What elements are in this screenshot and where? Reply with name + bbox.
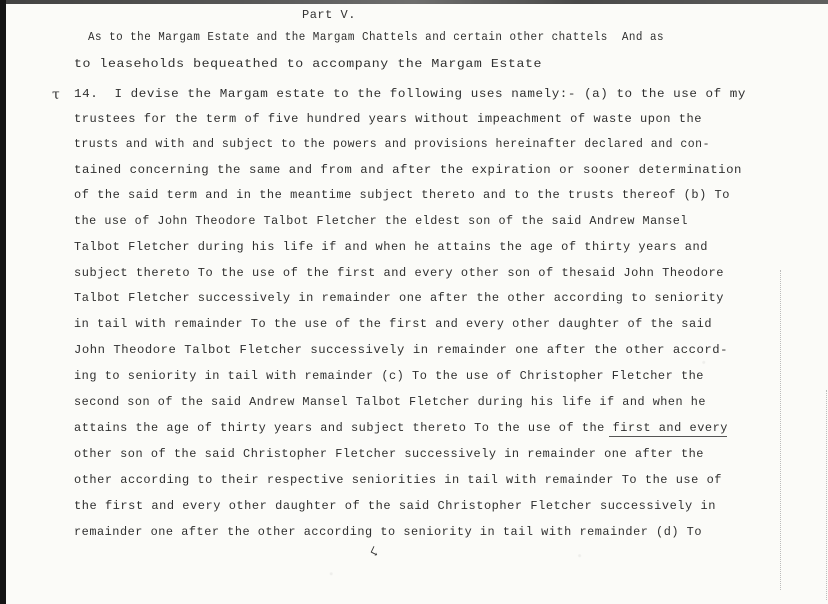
scanned-document-page: Part V. τ As to the Margam Estate and th… (0, 0, 828, 604)
document-line: trusts and with and subject to the power… (74, 137, 710, 151)
document-line: other according to their respective seni… (74, 473, 722, 487)
document-line: the use of John Theodore Talbot Fletcher… (74, 214, 688, 228)
handwritten-mark: ☇ (368, 544, 380, 561)
scan-dotted-artifact (780, 270, 782, 590)
document-line: second son of the said Andrew Mansel Tal… (74, 395, 706, 409)
document-line: As to the Margam Estate and the Margam C… (88, 30, 664, 44)
document-line: trustees for the term of five hundred ye… (74, 112, 702, 126)
document-line: other son of the said Christopher Fletch… (74, 447, 704, 461)
document-line: Talbot Fletcher during his life if and w… (74, 240, 708, 254)
part-heading: Part V. (302, 8, 356, 22)
document-line: John Theodore Talbot Fletcher successive… (74, 343, 728, 357)
clause-14-first-line: 14. I devise the Margam estate to the fo… (74, 87, 746, 101)
document-line: attains the age of thirty years and subj… (74, 421, 728, 435)
document-line: in tail with remainder To the use of the… (74, 317, 712, 331)
document-line: of the said term and in the meantime sub… (74, 188, 730, 202)
margin-annotation-mark: τ (52, 87, 60, 103)
document-line: tained concerning the same and from and … (74, 163, 742, 177)
document-line: the first and every other daughter of th… (74, 499, 716, 513)
handwritten-underline (609, 436, 727, 437)
document-line: to leaseholds bequeathed to accompany th… (74, 57, 542, 71)
document-line: subject thereto To the use of the first … (74, 266, 724, 280)
document-line: remainder one after the other according … (74, 525, 702, 539)
document-line: Talbot Fletcher successively in remainde… (74, 291, 724, 305)
document-line: ing to seniority in tail with remainder … (74, 369, 704, 383)
scan-top-edge (0, 0, 828, 4)
scan-left-edge (0, 0, 6, 604)
